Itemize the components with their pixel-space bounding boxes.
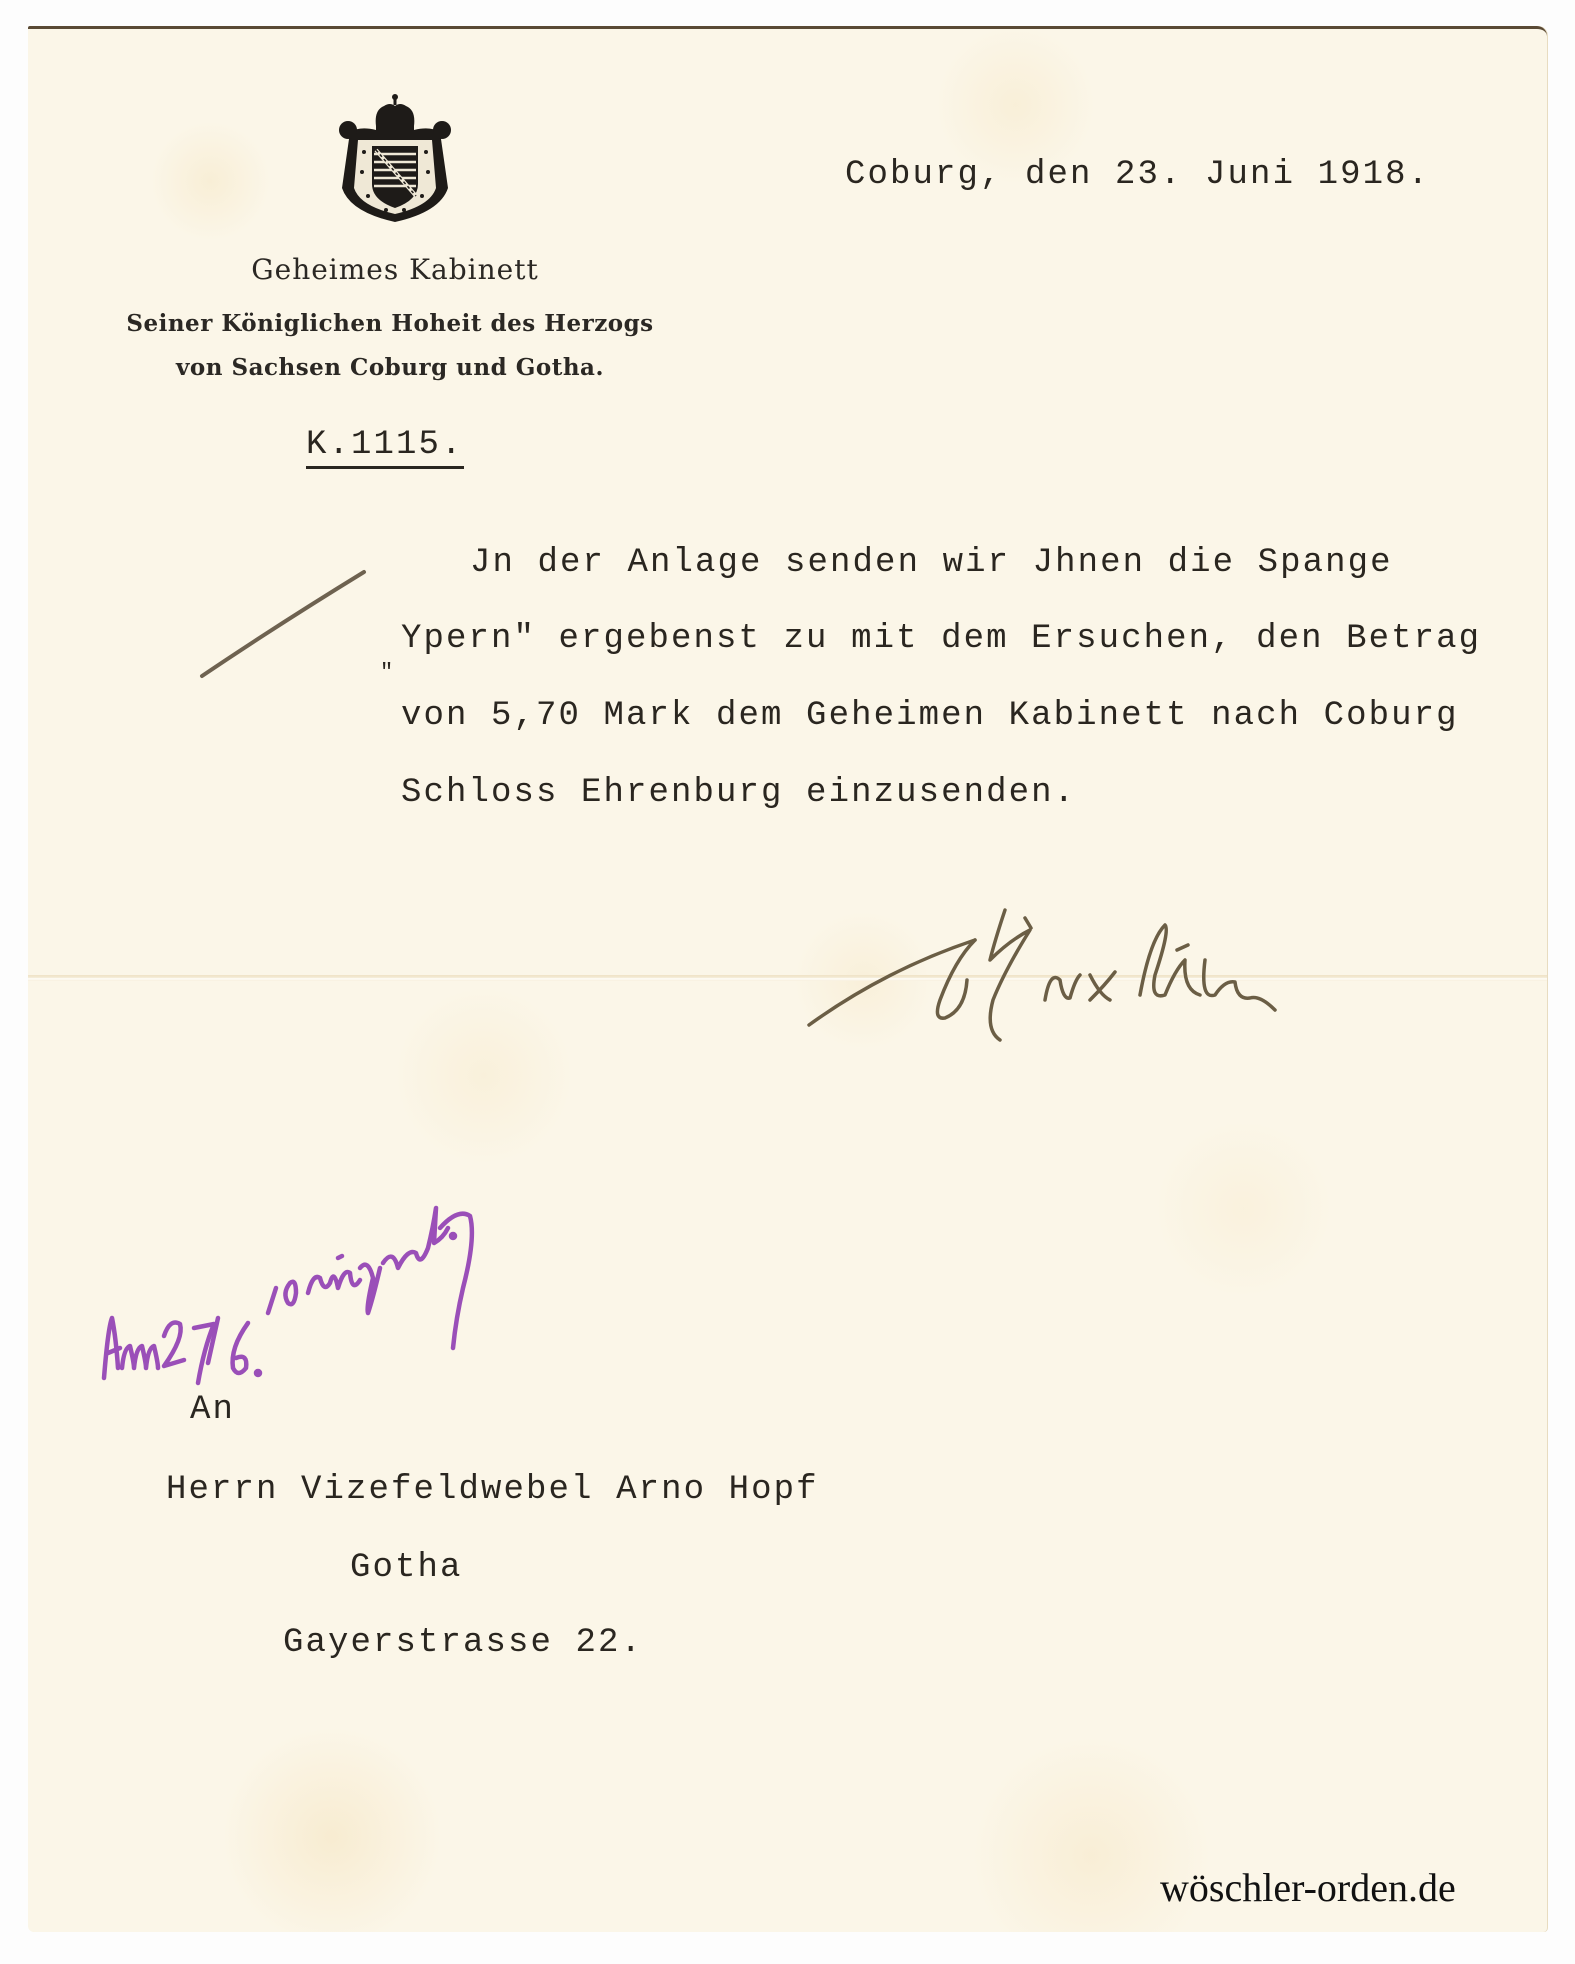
- body-line-2: Ypern" ergebenst zu mit dem Ersuchen, de…: [401, 622, 1481, 656]
- letterhead-line-2: Seiner Königlichen Hoheit des Herzogs: [100, 312, 680, 335]
- address-recipient: Herrn Vizefeldwebel Arno Hopf: [166, 1473, 819, 1507]
- body-line-4: Schloss Ehrenburg einzusenden.: [401, 776, 1076, 810]
- body-line-3: von 5,70 Mark dem Geheimen Kabinett nach…: [401, 699, 1459, 733]
- coat-of-arms-icon: [336, 92, 454, 224]
- paper-fold-crease: [28, 975, 1547, 981]
- letterhead-line-3: von Sachsen Coburg und Gotha.: [170, 356, 610, 379]
- address-street: Gayerstrasse 22.: [283, 1626, 643, 1660]
- body-line-1: Jn der Anlage senden wir Jhnen die Spang…: [470, 546, 1393, 580]
- reference-number: K.1115.: [306, 428, 464, 469]
- handwritten-signature: [805, 900, 1305, 1050]
- stray-quote-mark: ": [380, 662, 395, 684]
- pencil-slash-mark: [196, 566, 371, 684]
- address-city: Gotha: [350, 1551, 463, 1585]
- date-line: Coburg, den 23. Juni 1918.: [845, 158, 1430, 192]
- letterhead-title: Geheimes Kabinett: [200, 256, 590, 284]
- handwritten-payment-note: [98, 1168, 513, 1393]
- address-salutation: An: [190, 1393, 235, 1427]
- watermark-text: wöschler-orden.de: [1160, 1868, 1456, 1908]
